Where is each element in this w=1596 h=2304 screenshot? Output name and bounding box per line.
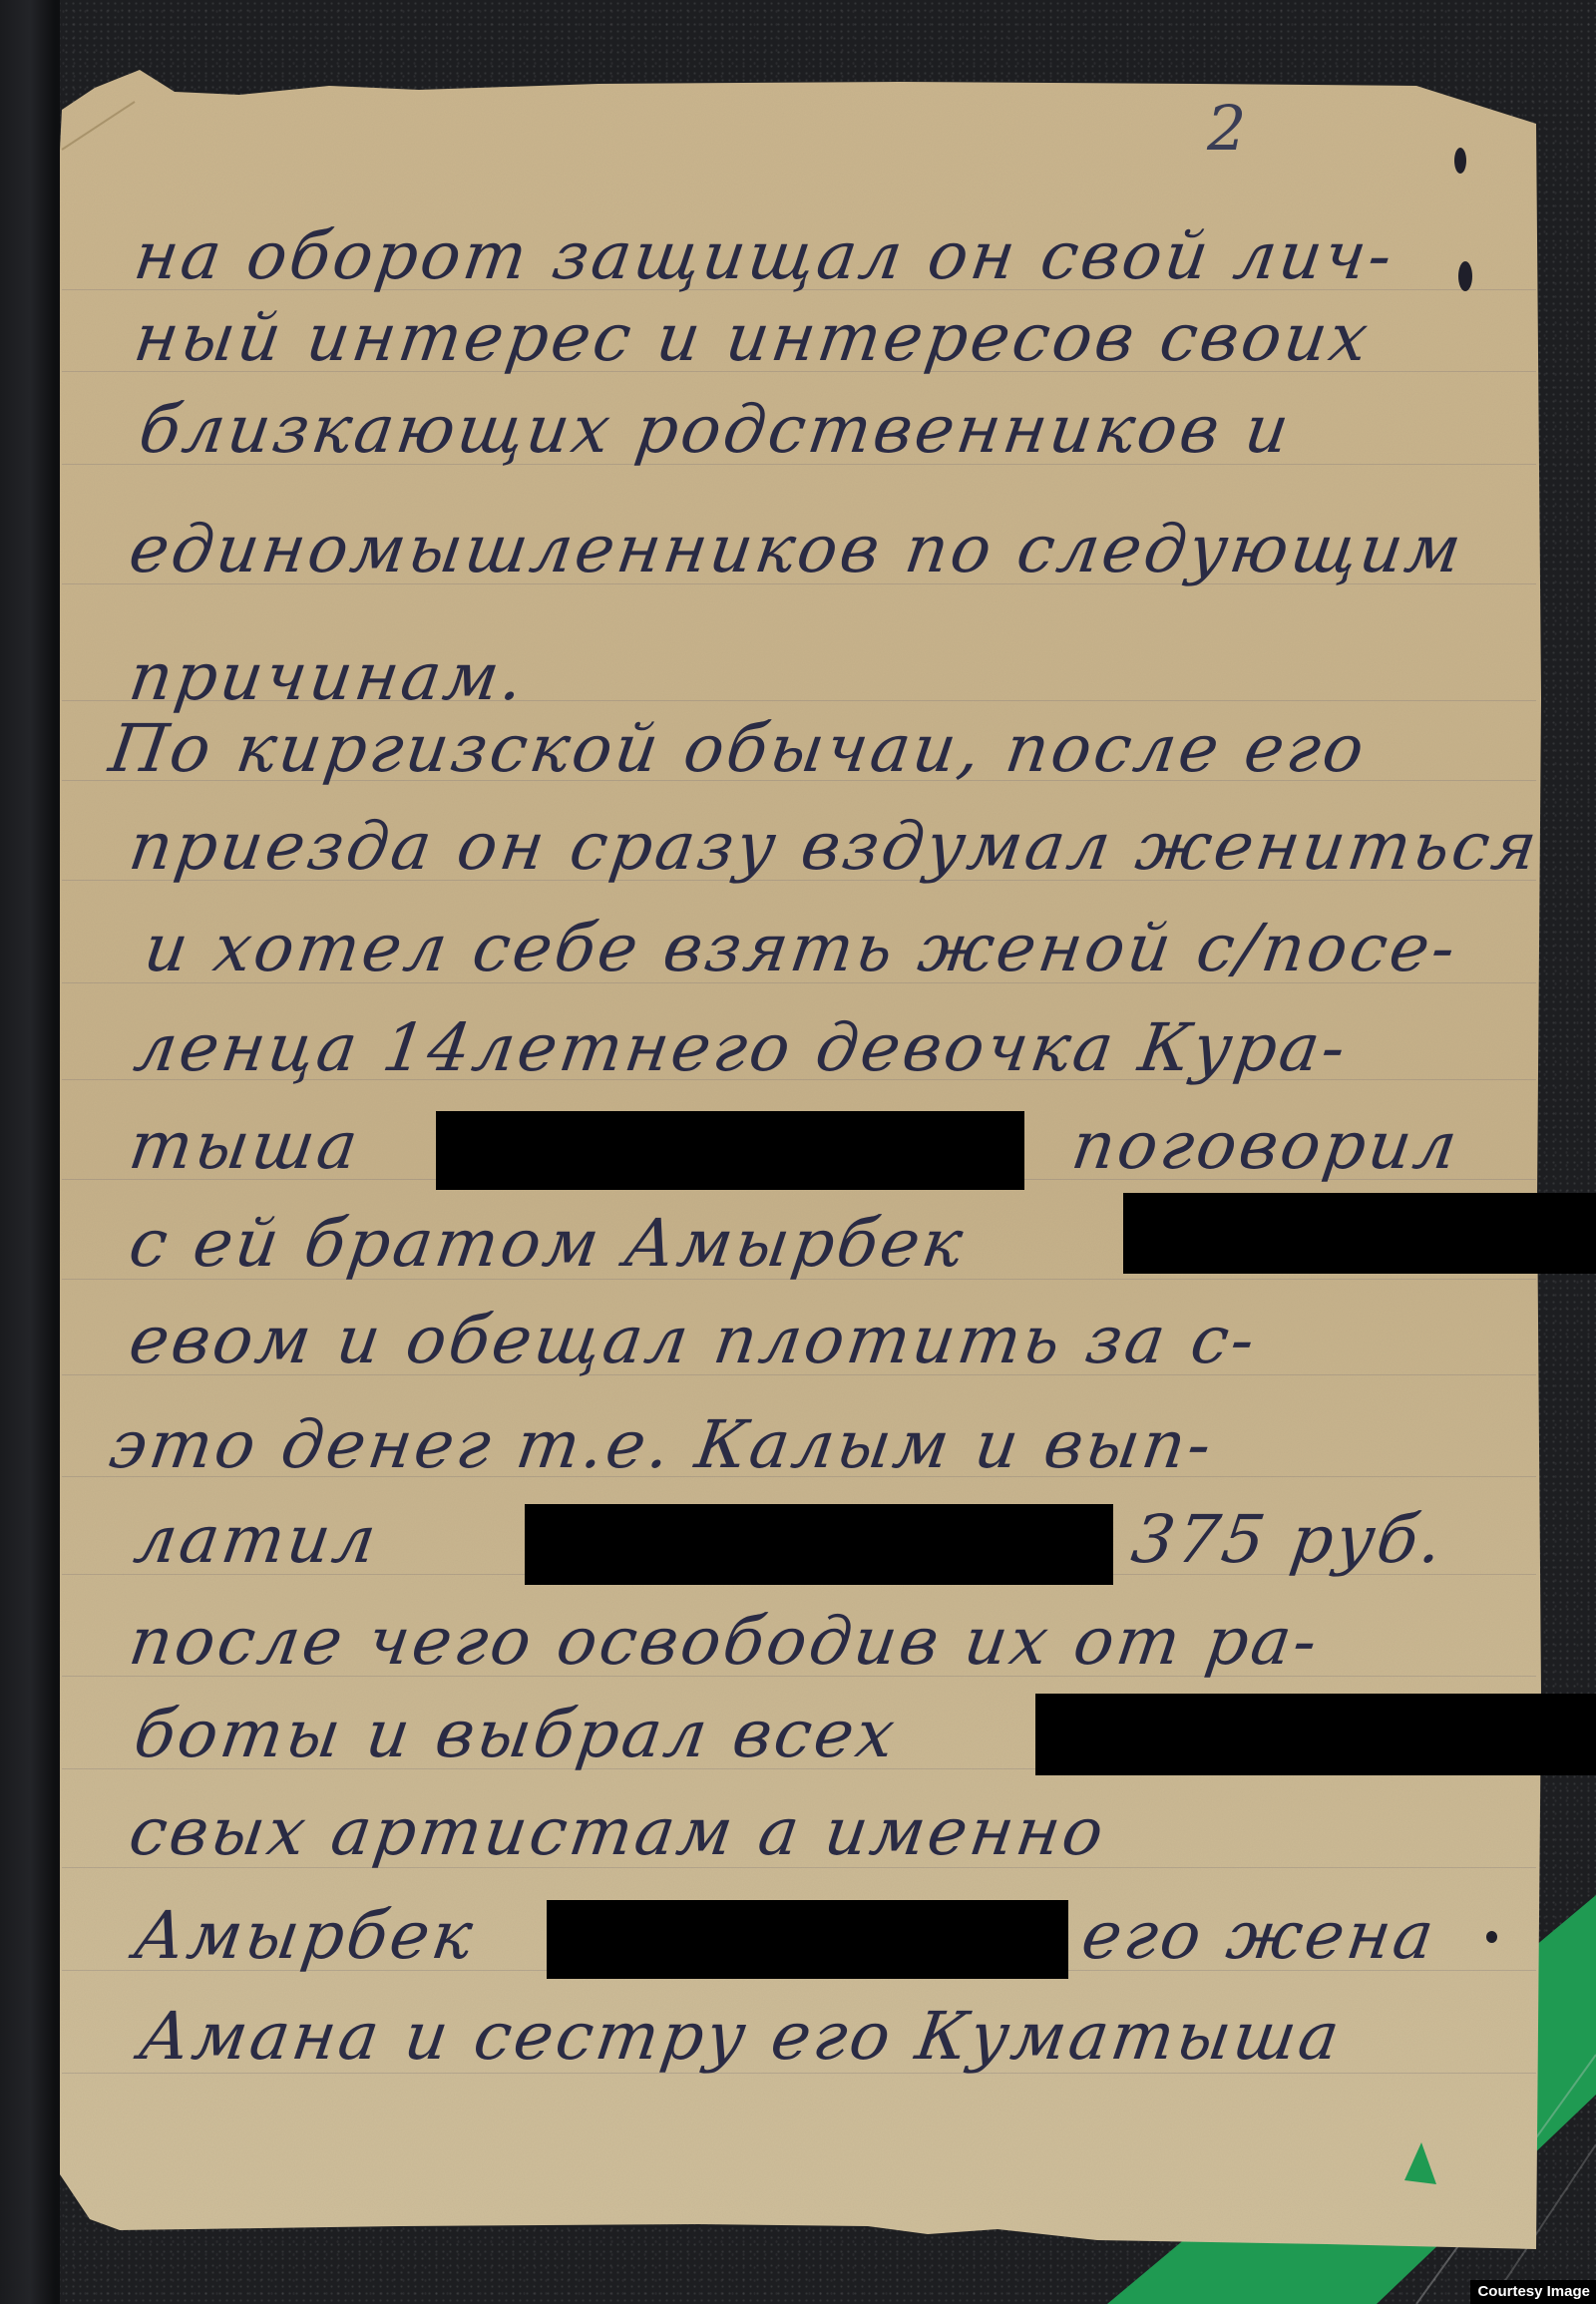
ink-blot — [1486, 1931, 1497, 1943]
text-line: после чего освободив их от ра- — [125, 1603, 1325, 1680]
redaction-box — [547, 1900, 1068, 1979]
text-line: близкающих родственников и — [135, 391, 1297, 468]
image-credit: Courtesy Image — [1470, 2280, 1596, 2304]
redaction-box — [525, 1504, 1113, 1585]
text-line: свых артистам а именно — [125, 1793, 1111, 1870]
redaction-box — [1035, 1694, 1596, 1775]
text-line: Амырбек — [130, 1897, 480, 1974]
text-line: тыша — [125, 1107, 365, 1184]
ink-blot — [1458, 261, 1472, 291]
text-line: приезда он сразу вздумал жениться — [125, 808, 1544, 885]
text-line: единомышленников по следующим — [125, 511, 1468, 587]
text-line: поговорил — [1067, 1107, 1464, 1184]
text-line: боты и выбрал всех — [130, 1696, 902, 1772]
redaction-box — [436, 1111, 1024, 1190]
text-line: ленца 14летнего девочка Кура- — [130, 1009, 1353, 1086]
text-line: По киргизской обычаи, после его — [105, 710, 1372, 787]
text-line: его жена — [1077, 1897, 1441, 1974]
text-line: ный интерес и интересов своих — [130, 299, 1376, 376]
ink-blot — [1454, 148, 1466, 174]
text-line: это денег т.е. Калым и вып- — [105, 1406, 1219, 1483]
text-line: и хотел себе взять женой с/посе- — [140, 910, 1462, 986]
text-line: евом и обещал плотить за с- — [125, 1302, 1262, 1378]
text-line: с ей братом Амырбек — [125, 1205, 971, 1282]
text-line: 375 руб. — [1127, 1501, 1450, 1578]
text-line: Амана и сестру его Куматыша — [135, 1998, 1347, 2075]
text-line: причинам. — [125, 638, 531, 715]
redaction-box — [1123, 1193, 1596, 1274]
text-line: латил — [130, 1501, 383, 1578]
page-number: 2 — [1207, 92, 1246, 165]
text-line: на оборот защищал он свой лич- — [130, 217, 1399, 294]
